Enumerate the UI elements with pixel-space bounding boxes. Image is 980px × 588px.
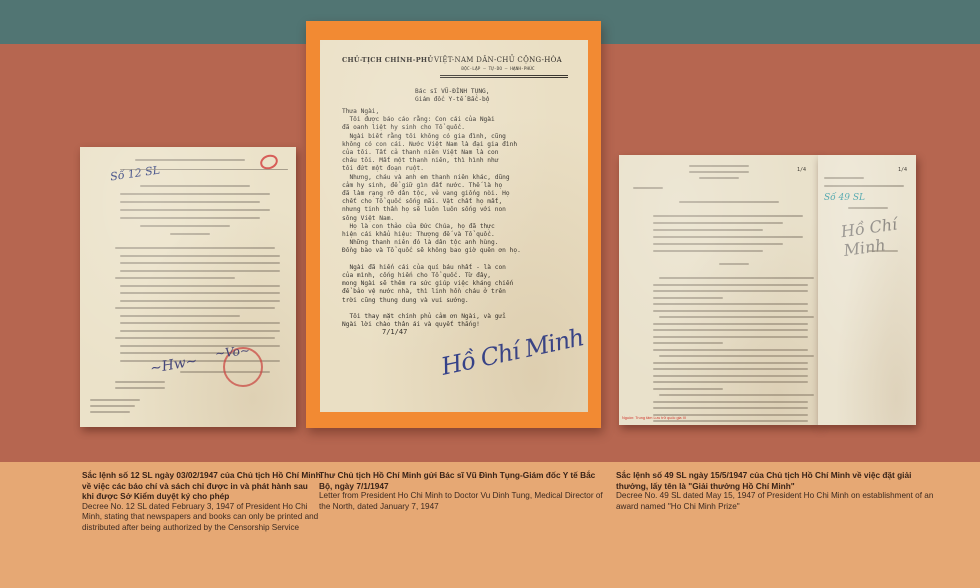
typed-line: [653, 297, 723, 299]
addressee-line: Bác sĩ VŨ-ĐÌNH TỤNG,: [415, 88, 574, 96]
typed-line: [653, 310, 808, 312]
typed-line: [120, 255, 280, 257]
typed-line: [653, 323, 808, 325]
typed-line: [659, 316, 814, 318]
letterhead-right: VIỆT-NAM DÂN-CHỦ CỘNG-HÒA: [428, 56, 568, 64]
page-number: 1/4: [797, 167, 806, 173]
typed-line: [120, 262, 280, 264]
typed-line: [115, 337, 275, 339]
typed-line: [115, 307, 275, 309]
typed-line: [653, 250, 763, 252]
typed-line: [689, 171, 749, 173]
typed-line: [633, 187, 663, 189]
typed-line: [120, 193, 270, 195]
typed-line: [719, 263, 749, 265]
typed-line: [653, 336, 808, 338]
handwritten-decree-number: Số 49 SL: [824, 193, 865, 203]
source-note: Nguồn: Trung tâm Lưu trữ quốc gia III: [622, 416, 686, 420]
typed-line: [140, 225, 230, 227]
typed-line: [120, 292, 280, 294]
typed-line: [115, 277, 235, 279]
typed-line: [653, 381, 808, 383]
typed-line: [90, 399, 140, 401]
letter-date: 7/1/47: [382, 328, 407, 336]
typed-line: [120, 217, 260, 219]
caption-english: Decree No. 12 SL dated February 3, 1947 …: [82, 502, 322, 534]
typed-line: [140, 185, 250, 187]
typed-line: [120, 209, 270, 211]
typed-line: [653, 229, 763, 231]
typed-line: [653, 388, 723, 390]
handwritten-decree-number: Số 12 SL: [109, 164, 160, 184]
typed-line: [689, 165, 749, 167]
typed-line: [120, 270, 280, 272]
caption-vietnamese: Thư Chủ tịch Hồ Chí Minh gửi Bác sĩ Vũ Đ…: [319, 470, 609, 491]
typed-line: [653, 284, 808, 286]
caption-english: Decree No. 49 SL dated May 15, 1947 of P…: [616, 491, 936, 512]
typed-line: [90, 411, 130, 413]
ho-chi-minh-signature: Hồ Chí Minh: [439, 323, 586, 380]
typed-line: [170, 233, 210, 235]
typed-line: [653, 401, 808, 403]
signature-mark: Hồ Chí Minh: [840, 212, 916, 260]
caption-decree-49: Sắc lệnh số 49 SL ngày 15/5/1947 của Chủ…: [616, 470, 936, 512]
typed-line: [120, 330, 280, 332]
letter-body: Thưa Ngài, Tôi được báo cáo rằng: Con cá…: [342, 108, 574, 329]
letterhead-motto: ĐỘC-LẬP — TỰ-DO — HẠNH-PHÚC: [428, 67, 568, 72]
typed-line: [679, 201, 779, 203]
typed-line: [653, 375, 808, 377]
letter-document-image: CHỦ-TỊCH CHÍNH-PHỦ VIỆT-NAM DÂN-CHỦ CỘNG…: [320, 40, 588, 412]
caption-decree-12: Sắc lệnh số 12 SL ngày 03/02/1947 của Ch…: [82, 470, 322, 533]
addressee-line: Giám đốc Y-tế Bắc-bộ: [415, 96, 574, 104]
typed-line: [659, 355, 814, 357]
decree-49-page-2-image: 1/4 Số 49 SL Hồ Chí Minh: [818, 155, 916, 425]
typed-line: [653, 362, 808, 364]
signature-mark: ~Hw~: [149, 353, 199, 377]
typed-line: [120, 345, 280, 347]
typed-line: [115, 387, 165, 389]
typed-line: [659, 277, 814, 279]
decree-49-page-1-image: 1/4 Nguồn: Trung tâm Lưu trữ quốc gia II…: [619, 155, 819, 425]
typed-line: [653, 342, 723, 344]
typed-line: [653, 215, 803, 217]
letterhead-rule: [440, 75, 568, 76]
caption-letter: Thư Chủ tịch Hồ Chí Minh gửi Bác sĩ Vũ Đ…: [319, 470, 609, 512]
typed-line: [120, 322, 280, 324]
typed-line: [653, 329, 808, 331]
letterhead-rule: [440, 77, 568, 78]
typed-line: [653, 236, 803, 238]
typed-line: [653, 368, 808, 370]
typed-line: [653, 420, 808, 422]
typed-line: [120, 285, 280, 287]
typed-line: [653, 290, 808, 292]
page-number: 1/4: [898, 167, 907, 173]
typed-line: [115, 247, 275, 249]
typed-line: [90, 405, 135, 407]
typed-line: [135, 159, 245, 161]
typed-line: [120, 201, 260, 203]
typed-line: [653, 349, 808, 351]
typed-line: [659, 394, 814, 396]
letterhead-left: CHỦ-TỊCH CHÍNH-PHỦ: [342, 56, 433, 64]
typed-line: [653, 222, 783, 224]
typed-line: [653, 407, 808, 409]
decree-12-document-image: Số 12 SL ~Hw~ ~Vo~: [80, 147, 296, 427]
typed-line: [115, 381, 165, 383]
caption-english: Letter from President Ho Chi Minh to Doc…: [319, 491, 609, 512]
caption-vietnamese: Sắc lệnh số 49 SL ngày 15/5/1947 của Chủ…: [616, 470, 936, 491]
typed-line: [699, 177, 739, 179]
typed-line: [120, 315, 240, 317]
typed-line: [653, 243, 783, 245]
typed-line: [653, 303, 808, 305]
typed-line: [120, 300, 280, 302]
caption-vietnamese: Sắc lệnh số 12 SL ngày 03/02/1947 của Ch…: [82, 470, 322, 502]
